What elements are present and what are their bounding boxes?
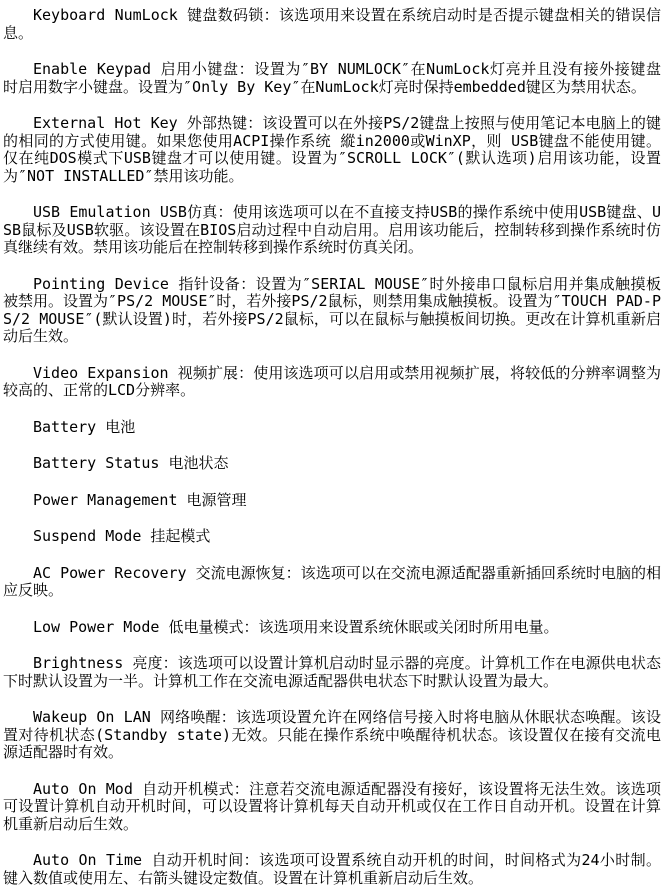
paragraph-brightness: Brightness 亮度：该选项可以设置计算机启动时显示器的亮度。计算机工作在… (3, 655, 661, 690)
paragraph-auto-on-mod: Auto On Mod 自动开机模式：注意若交流电源适配器没有接好，该设置将无法… (3, 781, 661, 834)
heading-power-management: Power Management 电源管理 (3, 492, 661, 510)
heading-battery-status: Battery Status 电池状态 (3, 455, 661, 473)
paragraph-low-power-mode: Low Power Mode 低电量模式：该选项用来设置系统休眠或关闭时所用电量… (3, 619, 661, 637)
paragraph-pointing-device: Pointing Device 指针设备：设置为″SERIAL MOUSE″时外… (3, 276, 661, 346)
paragraph-keyboard-numlock: Keyboard NumLock 键盘数码锁：该选项用来设置在系统启动时是否提示… (3, 7, 661, 42)
heading-battery: Battery 电池 (3, 419, 661, 437)
paragraph-video-expansion: Video Expansion 视频扩展：使用该选项可以启用或禁用视频扩展，将较… (3, 365, 661, 400)
paragraph-usb-emulation: USB Emulation USB仿真：使用该选项可以在不直接支持USB的操作系… (3, 204, 661, 257)
paragraph-auto-on-time: Auto On Time 自动开机时间：该选项可设置系统自动开机的时间，时间格式… (3, 852, 661, 887)
paragraph-external-hot-key: External Hot Key 外部热键：该设置可以在外接PS/2键盘上按照与… (3, 115, 661, 185)
heading-suspend-mode: Suspend Mode 挂起模式 (3, 528, 661, 546)
manual-document-page: Keyboard NumLock 键盘数码锁：该选项用来设置在系统启动时是否提示… (0, 0, 664, 893)
paragraph-enable-keypad: Enable Keypad 启用小键盘：设置为″BY NUMLOCK″在NumL… (3, 61, 661, 96)
paragraph-ac-power-recovery: AC Power Recovery 交流电源恢复：该选项可以在交流电源适配器重新… (3, 565, 661, 600)
paragraph-wakeup-on-lan: Wakeup On LAN 网络唤醒：该选项设置允许在网络信号接入时将电脑从休眠… (3, 709, 661, 762)
